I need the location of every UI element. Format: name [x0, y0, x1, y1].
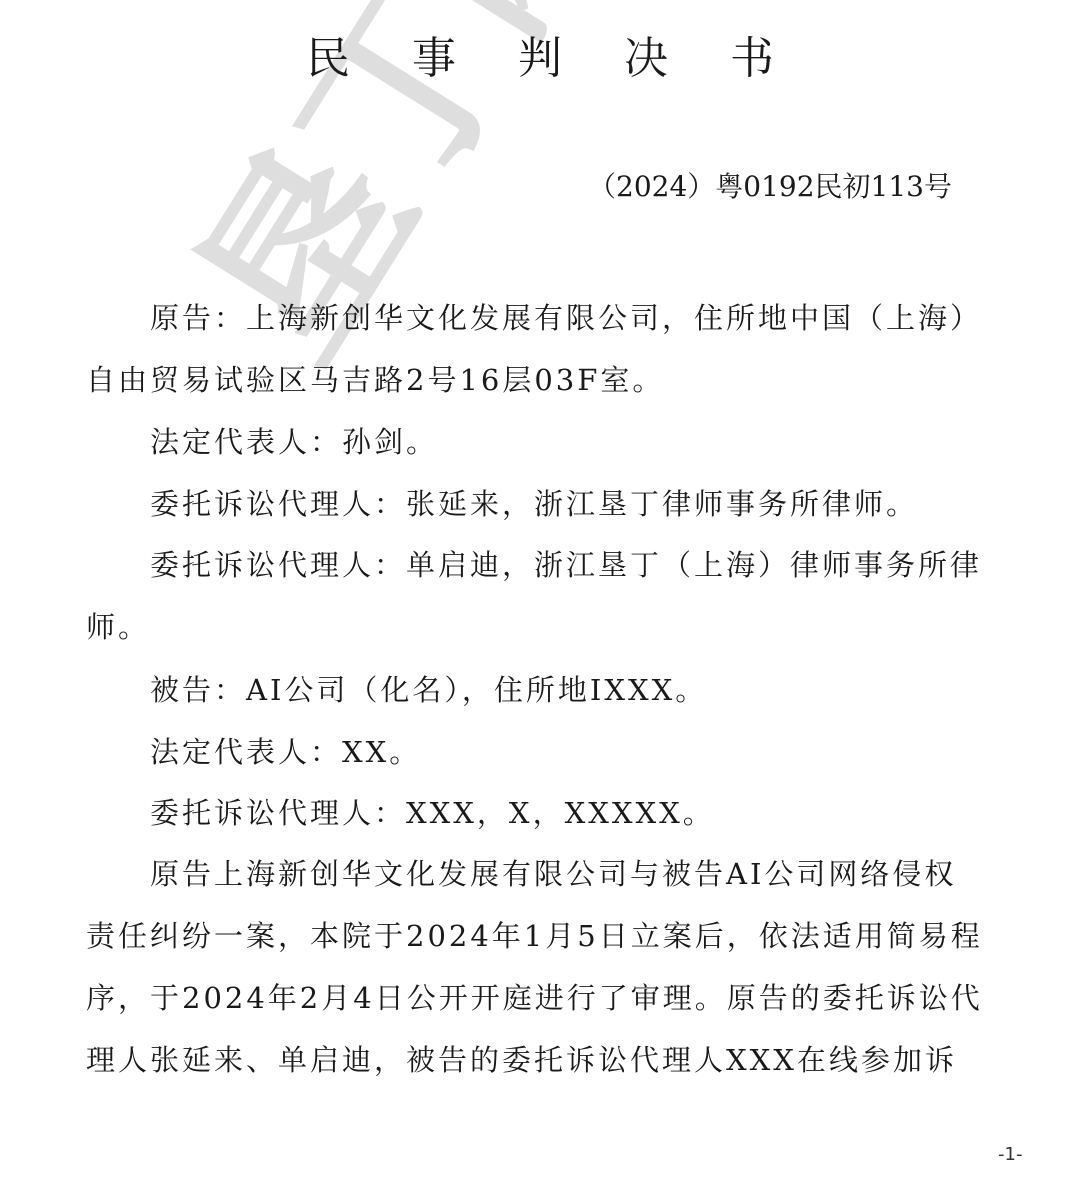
plaintiff-agent-2-line-1: 委托诉讼代理人：单启迪，浙江垦丁（上海）律师事务所律 [150, 543, 982, 584]
plaintiff-agent-1: 委托诉讼代理人：张延来，浙江垦丁律师事务所律师。 [150, 482, 918, 523]
plaintiff-line-1: 原告：上海新创华文化发展有限公司，住所地中国（上海） [150, 296, 982, 337]
case-number: （2024）粤0192民初113号 [588, 165, 952, 205]
body-line-3: 序，于2024年2月4日公开开庭进行了审理。原告的委托诉讼代 [86, 976, 983, 1017]
body-line-1: 原告上海新创华文化发展有限公司与被告AI公司网络侵权 [150, 852, 956, 893]
defendant-legal-rep: 法定代表人：XX。 [150, 730, 421, 771]
plaintiff-agent-2-line-2: 师。 [86, 605, 150, 646]
body-line-2: 责任纠纷一案，本院于2024年1月5日立案后，依法适用简易程 [86, 914, 983, 955]
body-line-4: 理人张延来、单启迪，被告的委托诉讼代理人XXX在线参加诉 [86, 1038, 957, 1079]
plaintiff-line-2: 自由贸易试验区马吉路2号16层03F室。 [86, 358, 664, 399]
defendant-agent: 委托诉讼代理人：XXX，X，XXXXX。 [150, 791, 715, 832]
page-number: -1- [998, 1144, 1022, 1165]
document-title: 民 事 判 决 书 [0, 22, 1080, 86]
plaintiff-legal-rep: 法定代表人：孙剑。 [150, 420, 438, 461]
defendant-line: 被告：AI公司（化名），住所地IXXX。 [150, 668, 707, 709]
